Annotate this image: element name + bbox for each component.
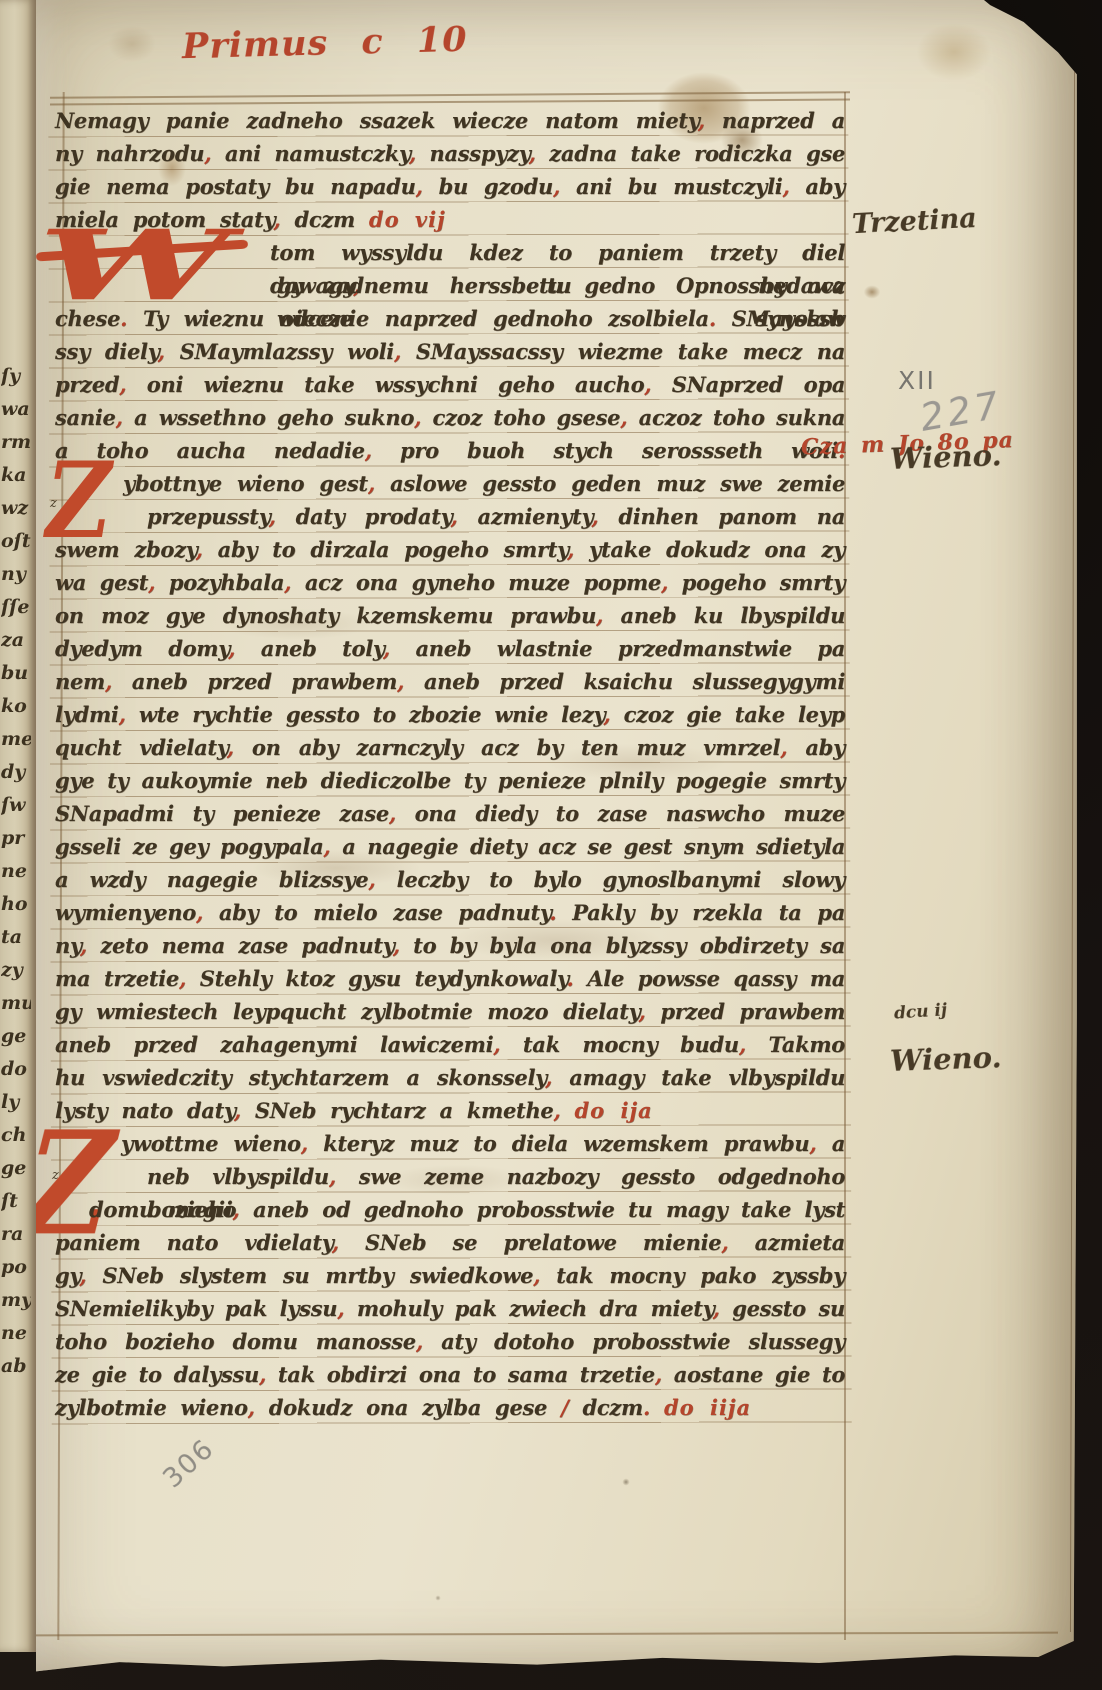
manuscript-line: lydmi, wte rychtie gessto to zbozie wnie… (55, 698, 845, 731)
edge-text-fragment: oſt (1, 525, 31, 558)
manuscript-line: aneb przed zahagenymi lawiczemi, tak moc… (55, 1028, 845, 1061)
manuscript-line: on moz gye dynoshaty kzemskemu prawbu, a… (55, 599, 845, 632)
edge-text-fragment: ge (1, 1152, 31, 1185)
manuscript-line: gy zadnemu herssbetu gedno Opnossby acz … (277, 269, 845, 302)
margin-note-wieno-1: Wieno. (889, 438, 1002, 476)
manuscript-line: ybottnye wieno gest, aslowe gessto geden… (123, 467, 845, 500)
manuscript-line: SNemielikyby pak lyssu, mohuly pak zwiec… (55, 1292, 845, 1325)
manuscript-line: przepussty, daty prodaty, azmienyty, din… (147, 500, 845, 533)
edge-text-fragment: po (1, 1251, 31, 1284)
manuscript-line: paniem nato vdielaty, SNeb se prelatowe … (55, 1226, 845, 1259)
edge-text-fragment: za (1, 624, 31, 657)
page-edge-strip: ſywarmkawzoſtnyſſezabukomedyſwprnehotazy… (0, 0, 36, 1652)
manuscript-line: gsseli ze gey pogypala, a nagegie diety … (55, 830, 845, 863)
manuscript-line: przed, oni wieznu take wssychni geho auc… (55, 368, 845, 401)
edge-text-fragment: ra (1, 1218, 31, 1251)
edge-text-fragment: bu (1, 657, 31, 690)
edge-text-fragment: ko (1, 690, 31, 723)
page-trim-line (1070, 70, 1075, 1632)
edge-text-fragment: ne (1, 1317, 31, 1350)
pencil-note-306: 306 (157, 1433, 221, 1495)
manuscript-line: a wzdy nagegie blizssye, leczby to bylo … (55, 863, 845, 896)
manuscript-line: dyedym domy, aneb toly, aneb wlastnie pr… (55, 632, 845, 665)
running-header: Primus c 10 (182, 18, 503, 67)
manuscript-line: tom wyssyldu kdez to paniem trzety diel … (270, 236, 845, 269)
manuscript-line: SNapadmi ty penieze zase, ona diedy to z… (55, 797, 845, 830)
manuscript-line: ssy diely, SMaymlazssy woli, SMayssacssy… (55, 335, 845, 368)
red-chapter-ref: do vij (355, 207, 446, 232)
manuscript-line: a toho aucha nedadie, pro buoh stych ser… (55, 434, 845, 467)
manuscript-line: sanie, a wssethno geho sukno, czoz toho … (55, 401, 845, 434)
manuscript-line: miela potom staty, dczmdo vij (55, 203, 845, 236)
manuscript-line: wa gest, pozyhbala, acz ona gyneho muze … (55, 566, 845, 599)
manuscript-line: gye ty aukoymie neb diediczolbe ty penie… (55, 764, 845, 797)
manuscript-line: chese. Ty wieznu odcenie naprzed gednoho… (55, 302, 845, 335)
edge-text-fragment: do (1, 1053, 31, 1086)
margin-note-trzetina: Trzetina (851, 203, 977, 240)
manuscript-line: ma trzetie, Stehly ktoz gysu teydynkowal… (55, 962, 845, 995)
manuscript-line: nem, aneb przed prawbem, aneb przed ksai… (55, 665, 845, 698)
manuscript-page: Primus c 10 W Z Z z z Nemagy panie zadne… (36, 0, 1080, 1690)
edge-text-fragment: ny (1, 558, 31, 591)
edge-text-fragment: ſw (1, 789, 31, 822)
manuscript-line: lysty nato daty, SNeb rychtarz a kmethe,… (55, 1094, 845, 1127)
margin-ref-small: dcu ij (893, 1000, 947, 1024)
manuscript-line: ny nahrzodu, ani namustczky, nasspyzy, z… (55, 137, 845, 170)
edge-text-fragment: pr (1, 822, 31, 855)
edge-text-fragment: ab (1, 1350, 31, 1383)
edge-text-fragment: dy (1, 756, 31, 789)
manuscript-line: hu vswiedczity stychtarzem a skonssely, … (55, 1061, 845, 1094)
edge-text-fragment: wz (1, 492, 31, 525)
edge-text-fragment: ho (1, 888, 31, 921)
underlying-page-text-fragments: ſywarmkawzoſtnyſſezabukomedyſwprnehotazy… (1, 360, 31, 1383)
ruling-top-line-1 (50, 91, 850, 98)
edge-text-fragment: wa (1, 393, 31, 426)
photographed-manuscript: { "header": { "text": "Primus c 10" }, "… (0, 0, 1102, 1690)
margin-note-wieno-2: Wieno. (889, 1040, 1002, 1078)
edge-text-fragment: ſt (1, 1185, 31, 1218)
manuscript-line: gy, SNeb slystem su mrtby swiedkowe, tak… (55, 1259, 845, 1292)
edge-text-fragment: ſſe (1, 591, 31, 624)
edge-text-fragment: ta (1, 921, 31, 954)
manuscript-line: ywottme wieno, kteryz muz to diela wzems… (121, 1127, 845, 1160)
edge-text-fragment: zy (1, 954, 31, 987)
manuscript-line: domu magii, aneb od gednoho probosstwie … (89, 1193, 845, 1226)
manuscript-line: neb vlbyspildu, swe zeme nazbozy gessto … (147, 1160, 845, 1193)
manuscript-line: qucht vdielaty, on aby zarnczyly acz by … (55, 731, 845, 764)
edge-text-fragment: ne (1, 855, 31, 888)
edge-text-fragment: rm (1, 426, 31, 459)
edge-text-fragment: ly (1, 1086, 31, 1119)
edge-text-fragment: mu (1, 987, 31, 1020)
manuscript-line: toho bozieho domu manosse, aty dotoho pr… (55, 1325, 845, 1358)
manuscript-line: ze gie to dalyssu, tak obdirzi ona to sa… (55, 1358, 845, 1391)
edge-text-fragment: ch (1, 1119, 31, 1152)
manuscript-line: zylbotmie wieno, dokudz ona zylba gese /… (55, 1391, 845, 1424)
manuscript-line: gie nema postaty bu napadu, bu gzodu, an… (55, 170, 845, 203)
manuscript-line: Nemagy panie zadneho ssazek wiecze natom… (55, 104, 845, 137)
edge-text-fragment: my (1, 1284, 31, 1317)
edge-text-fragment: ge (1, 1020, 31, 1053)
manuscript-line: wymienyeno, aby to mielo zase padnuty. P… (55, 896, 845, 929)
red-chapter-ref: do iija (650, 1395, 751, 1420)
pencil-chapter-number: XII (898, 366, 936, 395)
manuscript-line: swem zbozy, aby to dirzala pogeho smrty,… (55, 533, 845, 566)
ruling-bottom-line (36, 1632, 1058, 1636)
text-column: Nemagy panie zadneho ssazek wiecze natom… (55, 104, 847, 1434)
edge-text-fragment: ſy (1, 360, 31, 393)
edge-text-fragment: me (1, 723, 31, 756)
manuscript-line: gy wmiestech leypqucht zylbotmie mozo di… (55, 995, 845, 1028)
manuscript-line: ny, zeto nema zase padnuty, to by byla o… (55, 929, 845, 962)
edge-text-fragment: ka (1, 459, 31, 492)
red-chapter-ref: do ija (560, 1098, 652, 1123)
